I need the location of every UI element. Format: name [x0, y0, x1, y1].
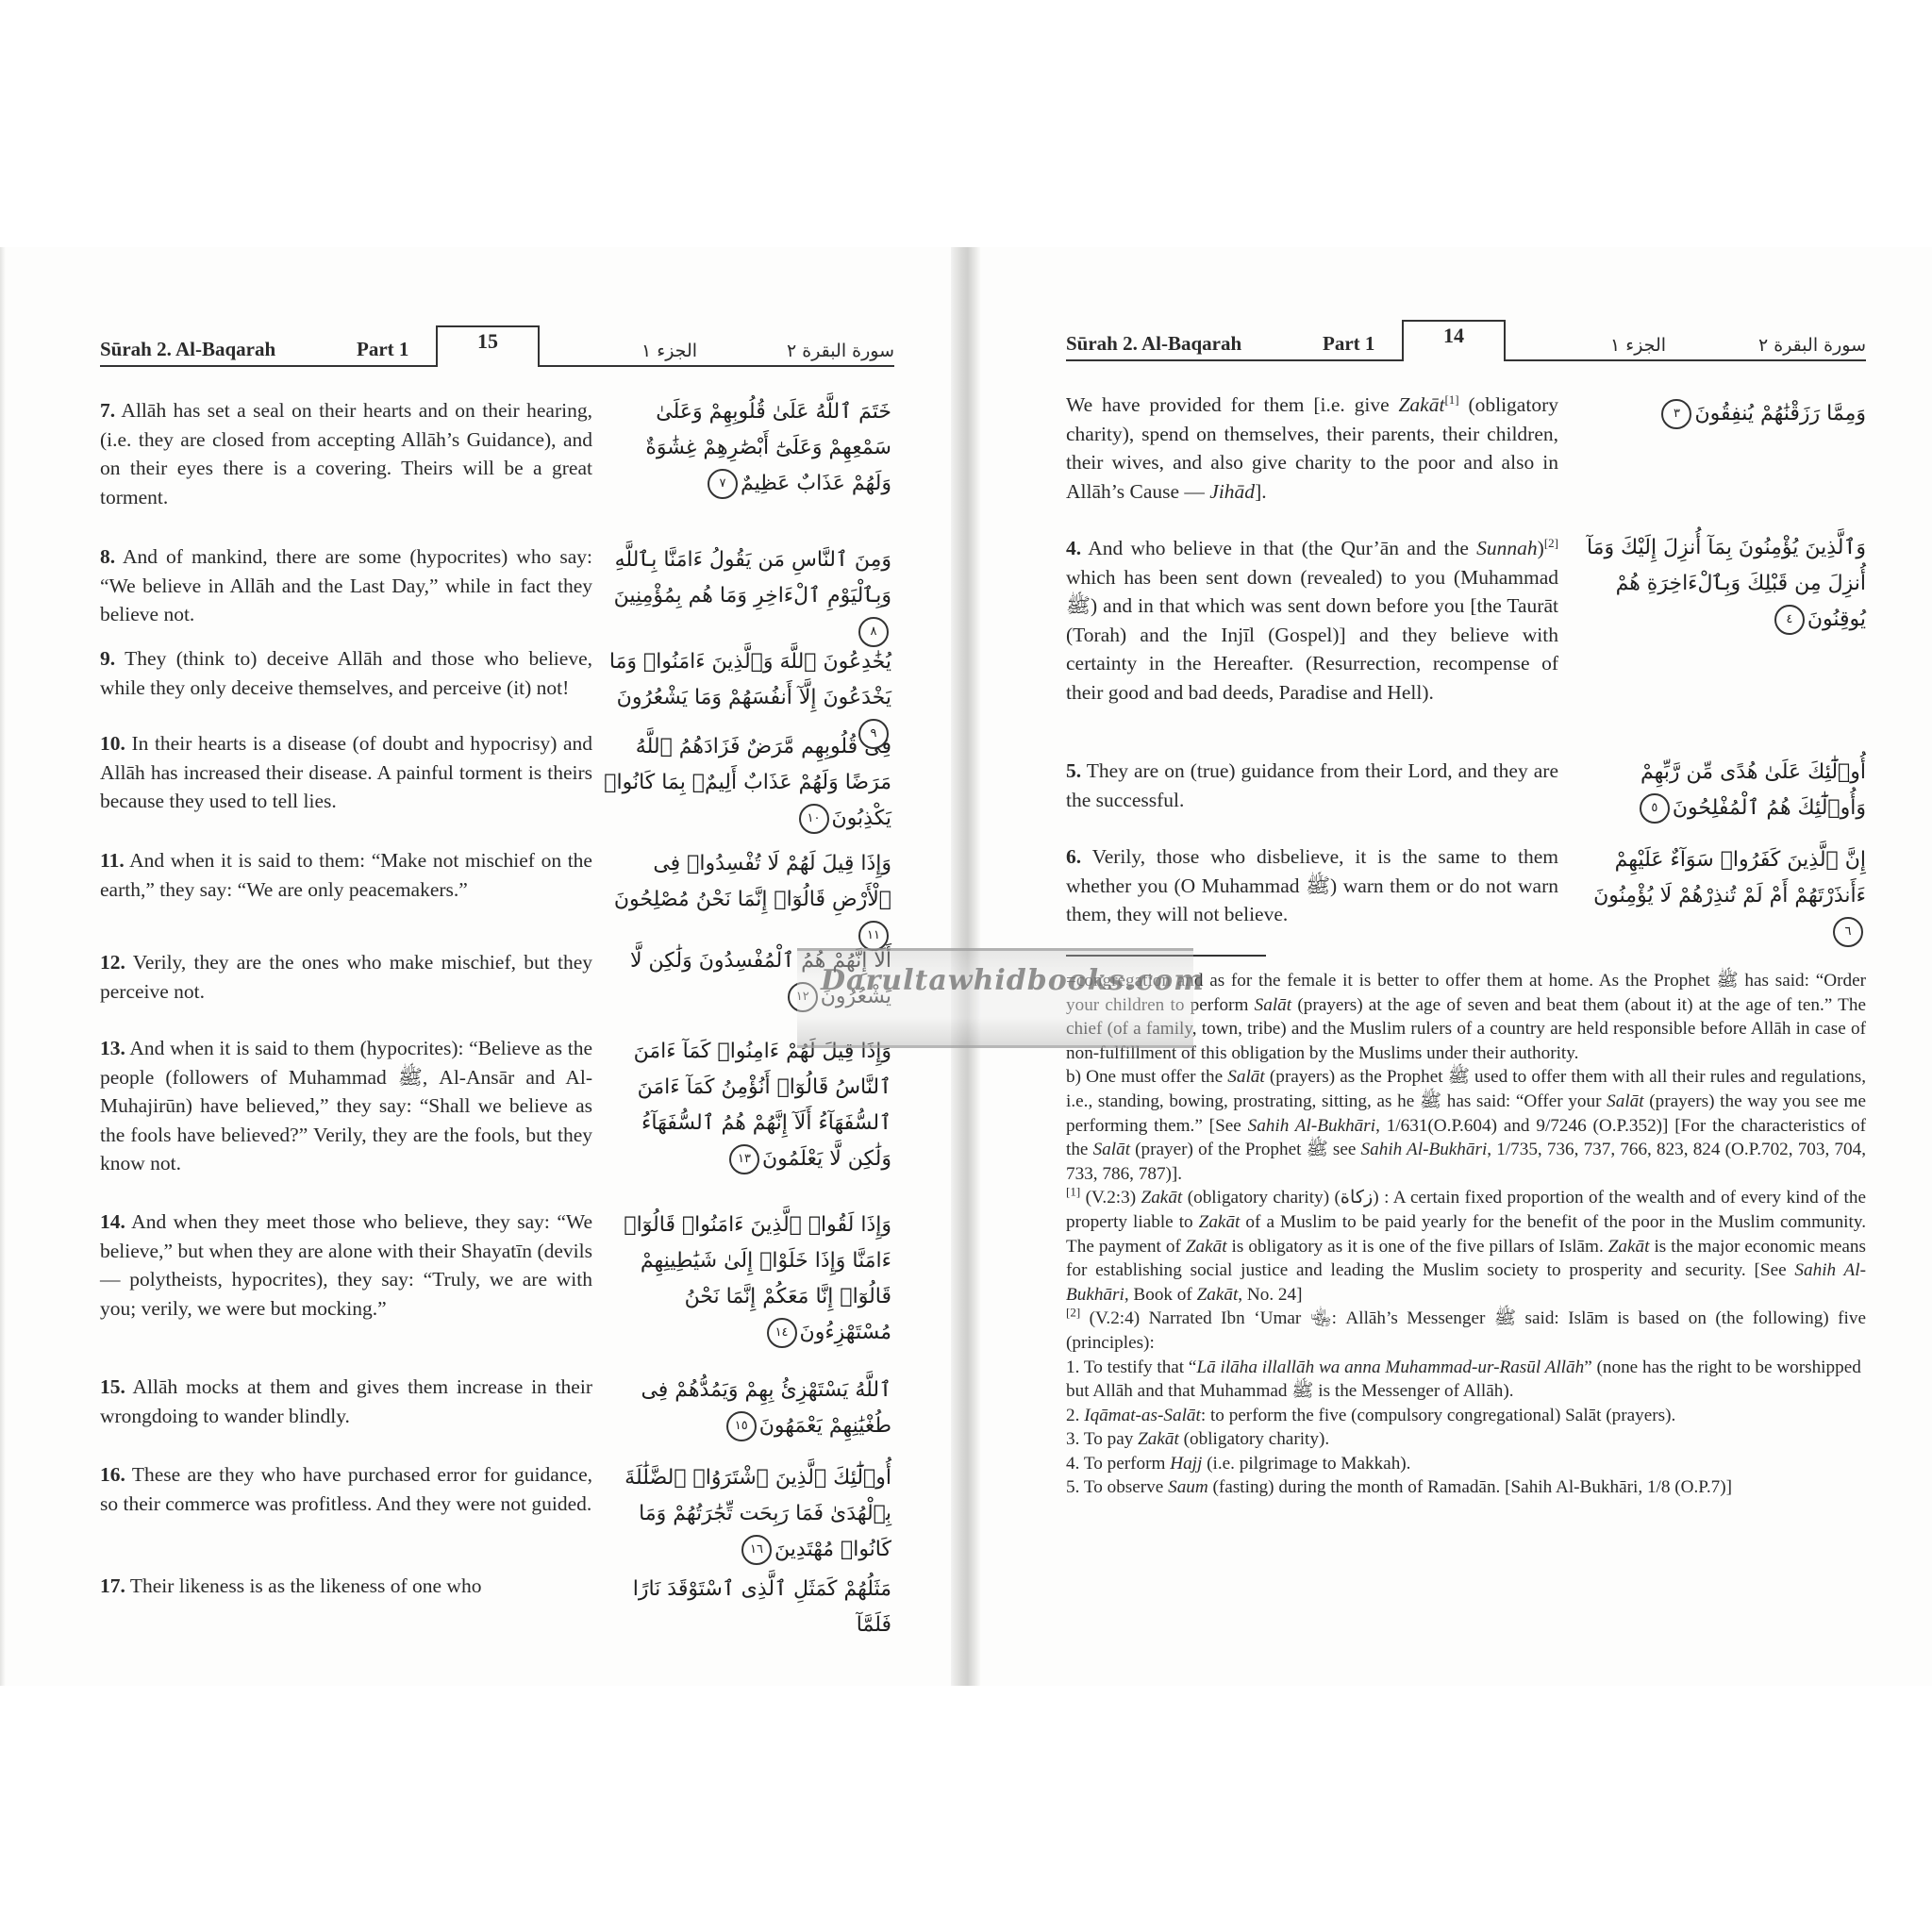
verse-arabic: فِى قُلُوبِهِم مَّرَضٌ فَزَادَهُمُ ٱللَّ…	[604, 729, 891, 837]
arabic-part-label: الجزء ١	[1610, 335, 1666, 356]
verse-end-medallion-icon: ٥	[1640, 793, 1670, 824]
footnote-b: b) One must offer the Salāt (prayers) as…	[1066, 1065, 1866, 1186]
verse-end-medallion-icon: ٤	[1774, 605, 1805, 635]
arabic-surah-label: سورة البقرة ٢	[1758, 335, 1866, 356]
pillar-list-item: 3. To pay Zakāt (obligatory charity).	[1066, 1427, 1866, 1452]
footnote-2: [2] (V.2:4) Narrated Ibn ‘Umar ﵄: Allāh’…	[1066, 1307, 1866, 1355]
verse-translation: 9. They (think to) deceive Allāh and tho…	[100, 644, 592, 702]
footnotes: =congregation and as for the female it i…	[1066, 969, 1866, 1500]
verse-end-medallion-icon: ٦	[1833, 917, 1863, 947]
verse-arabic: وَٱلَّذِينَ يُؤْمِنُونَ بِمَآ أُنزِلَ إِ…	[1571, 530, 1866, 638]
right-page-header: Sūrah 2. Al-Baqarah Part 1 14 الجزء ١ سو…	[1066, 329, 1866, 361]
pillar-list-item: 4. To perform Hajj (i.e. pilgrimage to M…	[1066, 1452, 1866, 1476]
verse-end-medallion-icon: ١٥	[726, 1411, 757, 1441]
five-pillars-list: 1. To testify that “Lā ilāha illallāh wa…	[1066, 1356, 1866, 1501]
watermark-text: Darultawhidbooks.com	[821, 964, 1205, 997]
surah-title: Sūrah 2. Al-Baqarah	[1066, 332, 1241, 356]
verse-end-medallion-icon: ١٣	[729, 1144, 759, 1174]
arabic-surah-label: سورة البقرة ٢	[787, 341, 894, 361]
verse-arabic: إِنَّ ٱلَّذِينَ كَفَرُوا۟ سَوَآءٌ عَلَيْ…	[1571, 842, 1866, 950]
verse-translation: 13. And when it is said to them (hypocri…	[100, 1034, 592, 1178]
page-edge-shadow	[0, 247, 6, 1686]
part-label: Part 1	[357, 338, 408, 361]
verse-translation: 4. And who believe in that (the Qur’ān a…	[1066, 534, 1558, 707]
verse-translation: 16. These are they who have purchased er…	[100, 1460, 592, 1518]
verse-arabic: ٱللَّهُ يَسْتَهْزِئُ بِهِمْ وَيَمُدُّهُم…	[604, 1373, 891, 1444]
verse-translation: 11. And when it is said to them: “Make n…	[100, 846, 592, 904]
verse-translation: 15. Allāh mocks at them and gives them i…	[100, 1373, 592, 1430]
verse-translation: 17. Their likeness is as the likeness of…	[100, 1572, 592, 1601]
verse-translation: We have provided for them [i.e. give Zak…	[1066, 391, 1558, 506]
verse-arabic: أُو۟لَٰٓئِكَ ٱلَّذِينَ ٱشْتَرَوُا۟ ٱلضَّ…	[604, 1460, 891, 1568]
verse-arabic: أُو۟لَٰٓئِكَ عَلَىٰ هُدًى مِّن رَّبِّهِم…	[1571, 755, 1866, 826]
verse-end-medallion-icon: ١٦	[741, 1535, 772, 1565]
verse-translation: 10. In their hearts is a disease (of dou…	[100, 729, 592, 816]
verse-translation: 7. Allāh has set a seal on their hearts …	[100, 396, 592, 511]
pillar-list-item: 2. Iqāmat-as-Salāt: to perform the five …	[1066, 1404, 1866, 1428]
footnote-1: [1] (V.2:3) Zakāt (obligatory charity) (…	[1066, 1186, 1866, 1307]
verse-arabic: وَإِذَا لَقُوا۟ ٱلَّذِينَ ءَامَنُوا۟ قَا…	[604, 1207, 891, 1351]
verse-translation: 12. Verily, they are the ones who make m…	[100, 948, 592, 1006]
verse-arabic: وَإِذَا قِيلَ لَهُمْ لَا تُفْسِدُوا۟ فِى…	[604, 846, 891, 954]
verse-end-medallion-icon: ١٤	[767, 1318, 797, 1348]
page-number: 15	[436, 325, 540, 367]
page-number: 14	[1402, 320, 1506, 361]
arabic-part-label: الجزء ١	[641, 341, 697, 361]
left-page-header: Sūrah 2. Al-Baqarah Part 1 15 الجزء ١ سو…	[100, 335, 894, 367]
pillar-list-item: 5. To observe Saum (fasting) during the …	[1066, 1475, 1866, 1500]
pillar-list-item: 1. To testify that “Lā ilāha illallāh wa…	[1066, 1356, 1866, 1404]
verse-translation: 5. They are on (true) guidance from thei…	[1066, 757, 1558, 814]
verse-end-medallion-icon: ٧	[708, 469, 738, 499]
verse-end-medallion-icon: ١٠	[799, 804, 829, 834]
watermark-banner	[797, 948, 1193, 1048]
verse-translation: 8. And of mankind, there are some (hypoc…	[100, 542, 592, 629]
verse-arabic: وَإِذَا قِيلَ لَهُمْ ءَامِنُوا۟ كَمَآ ءَ…	[604, 1034, 891, 1177]
part-label: Part 1	[1323, 332, 1374, 356]
verse-arabic: خَتَمَ ٱللَّهُ عَلَىٰ قُلُوبِهِمْ وَعَلَ…	[604, 394, 891, 502]
surah-title: Sūrah 2. Al-Baqarah	[100, 338, 275, 361]
verse-arabic: وَمِمَّا رَزَقْنَٰهُمْ يُنفِقُونَ٣	[1571, 396, 1866, 432]
verse-end-medallion-icon: ٨	[858, 617, 889, 647]
verse-translation: 14. And when they meet those who believe…	[100, 1207, 592, 1323]
verse-translation: 6. Verily, those who disbelieve, it is t…	[1066, 842, 1558, 929]
verse-end-medallion-icon: ٣	[1661, 399, 1691, 429]
verse-arabic: وَمِنَ ٱلنَّاسِ مَن يَقُولُ ءَامَنَّا بِ…	[604, 542, 891, 650]
verse-arabic: مَثَلُهُمْ كَمَثَلِ ٱلَّذِى ٱسْتَوْقَدَ …	[604, 1572, 891, 1643]
